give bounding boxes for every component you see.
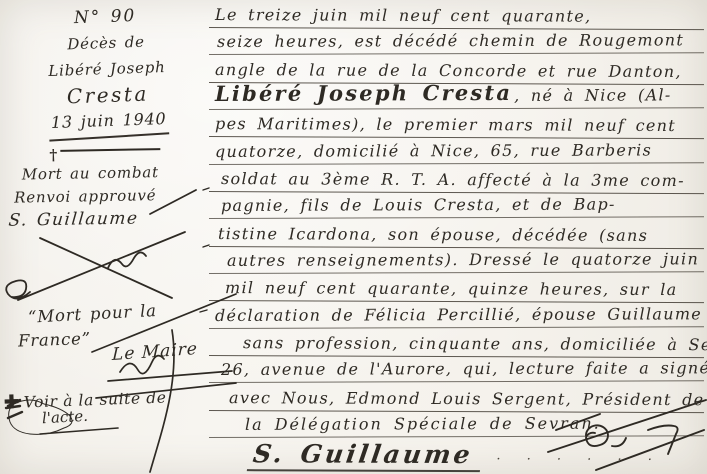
line-text: Le treize juin mil neuf cent quarante, (215, 5, 591, 26)
line-text: quatorze, domicilié à Nice, 65, rue Barb… (215, 141, 652, 162)
margin-record-header: N° 90 Décès de Libéré Joseph Cresta 13 j… (20, 1, 195, 141)
line-text: la Délégation Spéciale de Sevran. (245, 414, 601, 434)
act-text-line-6: quatorze, domicilié à Nice, 65, rue Barb… (209, 136, 704, 165)
line-text: angle de la rue de la Concorde et rue Da… (215, 60, 682, 81)
approval-signature: S. Guillaume (6, 206, 213, 233)
line-text: pagnie, fils de Louis Cresta, et de Bap- (221, 195, 616, 215)
line-text: avec Nous, Edmond Louis Sergent, Préside… (229, 388, 704, 409)
act-body-text: Le treize juin mil neuf cent quarante, s… (209, 1, 704, 473)
line-text: soldat au 3ème R. T. A. affecté à la 3me… (221, 169, 685, 190)
act-text-line-4: Libéré Joseph Cresta, né à Nice (Al- (209, 81, 704, 110)
act-text-line-8: pagnie, fils de Louis Cresta, et de Bap- (209, 191, 704, 220)
line-text: 26, avenue de l'Aurore, qui, lecture fai… (221, 359, 707, 380)
line-text: , né à Nice (Al- (514, 86, 671, 106)
act-text-line-5: pes Maritimes), le premier mars mil neuf… (209, 110, 704, 140)
act-text-line-14: 26, avenue de l'Aurore, qui, lecture fai… (209, 355, 704, 384)
act-text-line-10: autres renseignements). Dressé le quator… (209, 245, 704, 274)
line-text: seize heures, est décédé chemin de Rouge… (217, 31, 684, 52)
heavy-cross-icon: ✚ (4, 392, 24, 414)
line-text: pes Maritimes), le premier mars mil neuf… (215, 115, 676, 136)
act-text-line-11: mil neuf cent quarante, quinze heures, s… (209, 274, 704, 304)
reference-note-line2: l'acte. (42, 407, 89, 427)
cross-icon: † (49, 150, 58, 160)
act-text-line-2: seize heures, est décédé chemin de Rouge… (209, 27, 704, 56)
line-text: déclaration de Félicia Percillié, épouse… (215, 304, 702, 325)
registrar-signature: S. Guillaume (247, 438, 485, 471)
deceased-name-inline: Libéré Joseph Cresta (215, 80, 514, 106)
act-text-line-16: la Délégation Spéciale de Sevran. (209, 409, 704, 438)
line-text: sans profession, cinquante ans, domicili… (243, 334, 707, 355)
line-text: mil neuf cent quarante, quinze heures, s… (225, 279, 678, 300)
margin-combat-annotation: † Mort au combat Renvoi approuvé S. Guil… (5, 144, 211, 233)
line-text: autres renseignements). Dressé le quator… (227, 250, 699, 271)
death-act-scan: N° 90 Décès de Libéré Joseph Cresta 13 j… (0, 0, 707, 474)
signature-trailing-dots: . . . . . . (482, 448, 661, 464)
act-text-line-12: déclaration de Félicia Percillié, épouse… (209, 300, 704, 329)
registrar-signature-row: S. Guillaume . . . . . . (209, 439, 704, 474)
cross-bar-stroke (60, 148, 160, 152)
line-text: tistine Icardona, son épouse, décédée (s… (218, 224, 648, 245)
